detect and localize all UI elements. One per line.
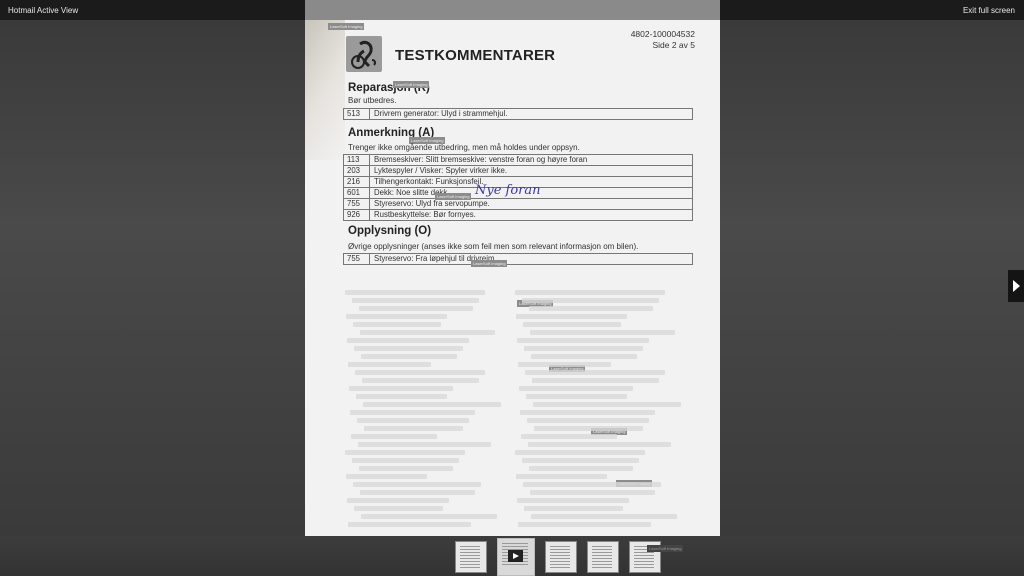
ghost-line (517, 498, 629, 503)
ghost-line (346, 474, 427, 479)
ghost-line (518, 362, 611, 367)
next-page-chevron-right-icon[interactable] (1008, 270, 1024, 302)
ghost-line (533, 402, 681, 407)
ghost-line (526, 394, 627, 399)
ghost-line (350, 410, 475, 415)
opplysning-table: 755Styreservo: Fra løpehjul til drivreim… (343, 253, 693, 265)
ghost-line (531, 514, 677, 519)
ghost-line (518, 522, 651, 527)
row-code: 755 (344, 254, 370, 264)
ghost-line (524, 346, 643, 351)
page-thumbnail[interactable] (587, 541, 619, 573)
ghost-line (522, 298, 659, 303)
lion-logo-icon (346, 36, 382, 72)
ghost-line (517, 338, 649, 343)
ghost-line (357, 418, 469, 423)
right-backdrop (720, 20, 1024, 536)
reparasjon-table: 513Drivrem generator: Ulyd i strammehjul… (343, 108, 693, 120)
ghost-line (360, 330, 495, 335)
row-text: Drivrem generator: Ulyd i strammehjul. (370, 109, 507, 119)
app-title: Hotmail Active View (8, 6, 78, 15)
ghost-line (363, 402, 501, 407)
ghost-line (355, 370, 485, 375)
ghost-line (534, 426, 643, 431)
ghost-line (361, 514, 497, 519)
row-text: Styreservo: Ulyd fra servopumpe. (370, 199, 490, 209)
ghost-line (346, 314, 447, 319)
ghost-line (525, 370, 665, 375)
watermark: LaserSoft Imaging (393, 81, 429, 88)
ghost-line (351, 434, 437, 439)
page-thumbnail[interactable] (545, 541, 577, 573)
row-text: Rustbeskyttelse: Bør fornyes. (370, 210, 476, 220)
page-thumbnail[interactable] (497, 538, 535, 576)
play-icon[interactable] (508, 550, 523, 562)
ghost-line (360, 490, 475, 495)
handwritten-note: Nye foran (475, 183, 541, 198)
section-subtitle: Trenger ikke omgående utbedring, men må … (348, 143, 580, 152)
row-text: Bremseskiver: Slitt bremseskive: venstre… (370, 155, 587, 165)
ghost-line (354, 506, 443, 511)
section-heading-opplysning: Opplysning (O) (348, 225, 431, 237)
row-code: 926 (344, 210, 370, 220)
ghost-line (347, 498, 449, 503)
table-row: 113Bremseskiver: Slitt bremseskive: vens… (343, 155, 693, 166)
page-thumbnail[interactable] (455, 541, 487, 573)
ghost-line (348, 362, 431, 367)
left-backdrop (0, 20, 305, 536)
row-code: 216 (344, 177, 370, 187)
ghost-line (348, 522, 471, 527)
ghost-line (364, 426, 463, 431)
ghost-line (345, 290, 485, 295)
ghost-line (524, 506, 623, 511)
watermark: LaserSoft Imaging (328, 23, 364, 30)
ghost-line (347, 338, 469, 343)
ghost-line (353, 482, 481, 487)
ghost-line (521, 434, 617, 439)
section-subtitle: Øvrige opplysninger (anses ikke som feil… (348, 242, 638, 251)
ghost-line (359, 466, 453, 471)
watermark: LaserSoft Imaging (647, 545, 683, 552)
ghost-line (354, 346, 463, 351)
document-page: LaserSoft Imaging TESTKOMMENTARER 4802-1… (305, 20, 720, 536)
row-code: 113 (344, 155, 370, 165)
ghost-line (531, 354, 637, 359)
row-code: 203 (344, 166, 370, 176)
ghost-line (529, 306, 653, 311)
row-text: Tilhengerkontakt: Funksjonsfeil. (370, 177, 483, 187)
document-id-block: 4802-100004532 Side 2 av 5 (631, 29, 695, 51)
ghost-line (530, 490, 655, 495)
ghost-line (362, 378, 479, 383)
ghost-line (523, 482, 661, 487)
watermark: LaserSoft Imaging (471, 260, 507, 267)
page-indicator: Side 2 av 5 (631, 40, 695, 51)
ghost-line (529, 466, 633, 471)
ghost-line (359, 306, 473, 311)
ghost-line (352, 298, 479, 303)
ghost-line (532, 378, 659, 383)
row-code: 601 (344, 188, 370, 198)
table-row: 203Lyktespyler / Visker: Spyler virker i… (343, 166, 693, 177)
ghost-line (358, 442, 491, 447)
table-row: 755Styreservo: Fra løpehjul til drivreim… (343, 254, 693, 265)
ghost-line (522, 458, 639, 463)
thumbnail-strip (455, 538, 661, 576)
ghost-line (530, 330, 675, 335)
document-title: TESTKOMMENTARER (395, 47, 555, 64)
ghost-line (516, 474, 607, 479)
ghost-line (356, 394, 447, 399)
row-text: Lyktespyler / Visker: Spyler virker ikke… (370, 166, 507, 176)
watermark: LaserSoft Imaging (435, 193, 471, 200)
ghost-line (352, 458, 459, 463)
ghost-line (345, 450, 465, 455)
ghost-line (519, 386, 633, 391)
row-code: 755 (344, 199, 370, 209)
row-code: 513 (344, 109, 370, 119)
table-row: 926Rustbeskyttelse: Bør fornyes. (343, 210, 693, 221)
ghost-line (523, 322, 621, 327)
table-row: 513Drivrem generator: Ulyd i strammehjul… (343, 109, 693, 120)
ghost-line (527, 418, 649, 423)
ghost-line (361, 354, 457, 359)
section-subtitle: Bør utbedres. (348, 96, 396, 105)
ghost-line (528, 442, 671, 447)
ghost-line (515, 290, 665, 295)
ghost-line (520, 410, 655, 415)
ghost-line (353, 322, 441, 327)
exit-fullscreen-button[interactable]: Exit full screen (963, 6, 1015, 15)
document-id: 4802-100004532 (631, 29, 695, 40)
table-row: 755Styreservo: Ulyd fra servopumpe. (343, 199, 693, 210)
ghost-line (349, 386, 453, 391)
ghost-line (515, 450, 645, 455)
ghost-line (516, 314, 627, 319)
